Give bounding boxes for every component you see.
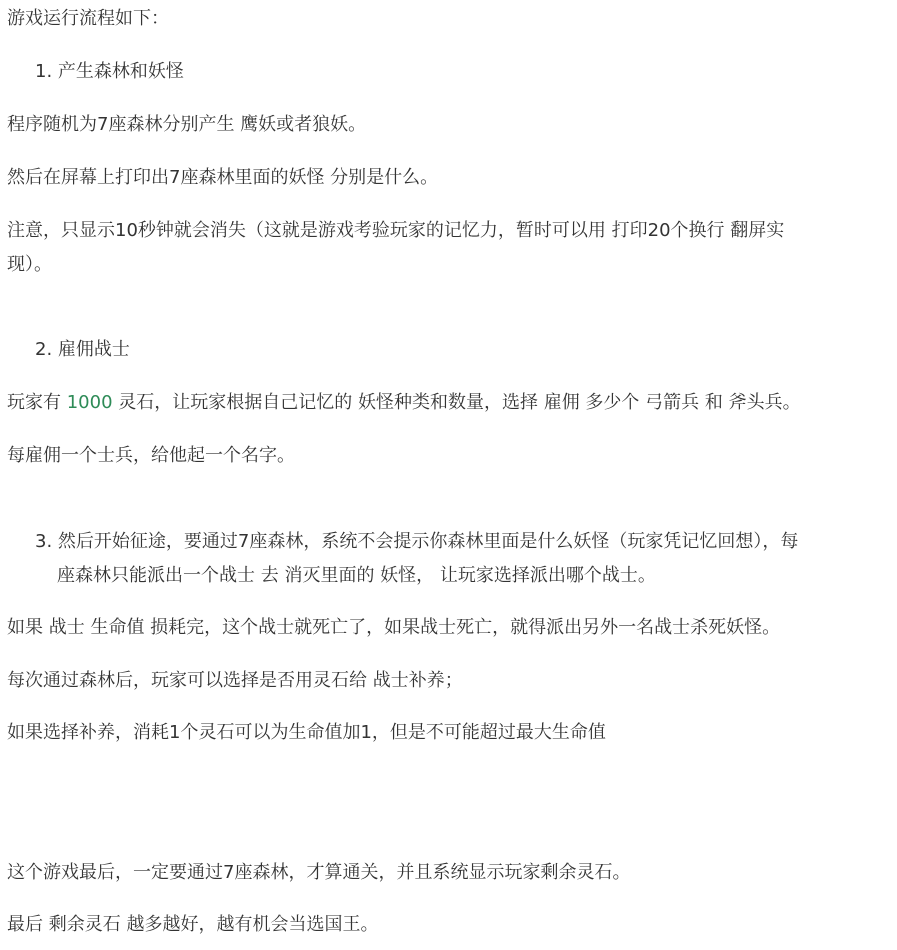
paragraph: 最后 剩余灵石 越多越好，越有机会当选国王。 (7, 908, 378, 942)
step-1-heading: 1. 产生森林和妖怪 (35, 55, 184, 89)
paragraph: 每次通过森林后，玩家可以选择是否用灵石给 战士补养； (7, 664, 463, 698)
step-2-heading: 2. 雇佣战士 (35, 333, 130, 367)
paragraph: 如果 战士 生命值 损耗完，这个战士就死亡了，如果战士死亡，就得派出另外一名战士… (7, 611, 780, 645)
paragraph: 现）。 (7, 248, 52, 282)
paragraph: 如果选择补养，消耗1个灵石可以为生命值加1，但是不可能超过最大生命值 (7, 716, 606, 750)
text: 灵石，让玩家根据自己记忆的 妖怪种类和数量，选择 雇佣 多少个 弓箭兵 和 斧头… (113, 392, 801, 413)
highlight-number: 1000 (67, 392, 113, 413)
step-3-heading: 3. 然后开始征途，要通过7座森林，系统不会提示你森林里面是什么妖怪（玩家凭记忆… (35, 525, 798, 559)
paragraph: 每雇佣一个士兵，给他起一个名字。 (7, 439, 295, 473)
intro-text: 游戏运行流程如下： (7, 2, 169, 36)
paragraph: 然后在屏幕上打印出7座森林里面的妖怪 分别是什么。 (7, 161, 438, 195)
text: 玩家有 (7, 392, 67, 413)
step-3-heading-cont: 座森林只能派出一个战士 去 消灭里面的 妖怪， 让玩家选择派出哪个战士。 (57, 559, 656, 593)
paragraph: 玩家有 1000 灵石，让玩家根据自己记忆的 妖怪种类和数量，选择 雇佣 多少个… (7, 386, 801, 420)
paragraph: 注意，只显示10秒钟就会消失（这就是游戏考验玩家的记忆力，暂时可以用 打印20个… (7, 214, 784, 248)
paragraph: 程序随机为7座森林分别产生 鹰妖或者狼妖。 (7, 108, 366, 142)
paragraph: 这个游戏最后，一定要通过7座森林，才算通关，并且系统显示玩家剩余灵石。 (7, 856, 630, 890)
